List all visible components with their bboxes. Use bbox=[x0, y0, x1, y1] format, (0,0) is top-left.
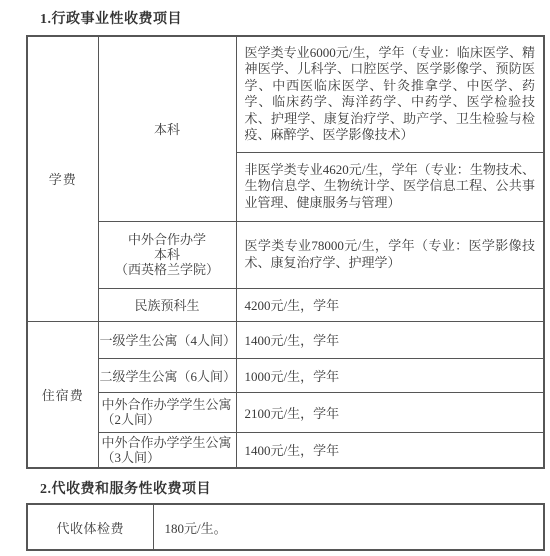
ethnic-prep-label-cell: 民族预科生 bbox=[98, 288, 236, 321]
dorm-type-line: 中外合作办学学生公寓 bbox=[102, 435, 236, 450]
table-row: 中外合作办学学生公寓 （2人间） 2100元/生，学年 bbox=[27, 392, 544, 432]
non-medical-majors-fee-cell: 非医学类专业4620元/生，学年（专业：生物技术、生物信息学、生物统计学、医学信… bbox=[236, 152, 544, 221]
section1-title: 1.行政事业性收费项目 bbox=[40, 8, 182, 28]
medical-majors-fee-cell: 医学类专业6000元/生，学年（专业：临床医学、精神医学、儿科学、口腔医学、医学… bbox=[236, 36, 544, 152]
physical-exam-fee-label-cell: 代收体检费 bbox=[27, 504, 153, 550]
dorm-fee-cell: 1400元/生，学年 bbox=[236, 432, 544, 468]
dorm-type-line: 中外合作办学学生公寓 bbox=[102, 397, 236, 412]
joint-undergrad-label-line: 中外合作办学 bbox=[99, 232, 236, 247]
dorm-type-cell: 中外合作办学学生公寓 （3人间） bbox=[98, 432, 236, 468]
dorm-type-line: （3人间） bbox=[102, 450, 236, 465]
table-row: 二级学生公寓（6人间） 1000元/生，学年 bbox=[27, 358, 544, 392]
joint-undergrad-label-cell: 中外合作办学 本科 （西英格兰学院） bbox=[98, 221, 236, 288]
service-fee-table: 代收体检费 180元/生。 bbox=[26, 503, 545, 551]
table-row: 民族预科生 4200元/生，学年 bbox=[27, 288, 544, 321]
dorm-type-line: （2人间） bbox=[102, 412, 236, 427]
table-row: 中外合作办学 本科 （西英格兰学院） 医学类专业78000元/生，学年（专业：医… bbox=[27, 221, 544, 288]
joint-undergrad-label-line: 本科 bbox=[99, 247, 236, 262]
accommodation-category-cell: 住宿费 bbox=[27, 321, 98, 468]
dorm-type-cell: 二级学生公寓（6人间） bbox=[98, 358, 236, 392]
dorm-fee-cell: 1000元/生，学年 bbox=[236, 358, 544, 392]
table-row: 住宿费 一级学生公寓（4人间） 1400元/生，学年 bbox=[27, 321, 544, 358]
document-page: 1.行政事业性收费项目 学费 本科 医学类专业6000元/生，学年（专业：临床医… bbox=[0, 0, 550, 556]
dorm-type-cell: 一级学生公寓（4人间） bbox=[98, 321, 236, 358]
tuition-category-cell: 学费 bbox=[27, 36, 98, 321]
joint-undergrad-fee-cell: 医学类专业78000元/生，学年（专业：医学影像技术、康复治疗学、护理学） bbox=[236, 221, 544, 288]
joint-undergrad-label-line: （西英格兰学院） bbox=[99, 262, 236, 277]
table-row: 学费 本科 医学类专业6000元/生，学年（专业：临床医学、精神医学、儿科学、口… bbox=[27, 36, 544, 152]
section2-title: 2.代收费和服务性收费项目 bbox=[40, 478, 211, 498]
dorm-fee-cell: 2100元/生，学年 bbox=[236, 392, 544, 432]
ethnic-prep-fee-cell: 4200元/生，学年 bbox=[236, 288, 544, 321]
table-row: 代收体检费 180元/生。 bbox=[27, 504, 544, 550]
dorm-type-cell: 中外合作办学学生公寓 （2人间） bbox=[98, 392, 236, 432]
admin-fee-table: 学费 本科 医学类专业6000元/生，学年（专业：临床医学、精神医学、儿科学、口… bbox=[26, 35, 545, 469]
table-row: 中外合作办学学生公寓 （3人间） 1400元/生，学年 bbox=[27, 432, 544, 468]
undergrad-label-cell: 本科 bbox=[98, 36, 236, 221]
dorm-fee-cell: 1400元/生，学年 bbox=[236, 321, 544, 358]
physical-exam-fee-cell: 180元/生。 bbox=[153, 504, 544, 550]
